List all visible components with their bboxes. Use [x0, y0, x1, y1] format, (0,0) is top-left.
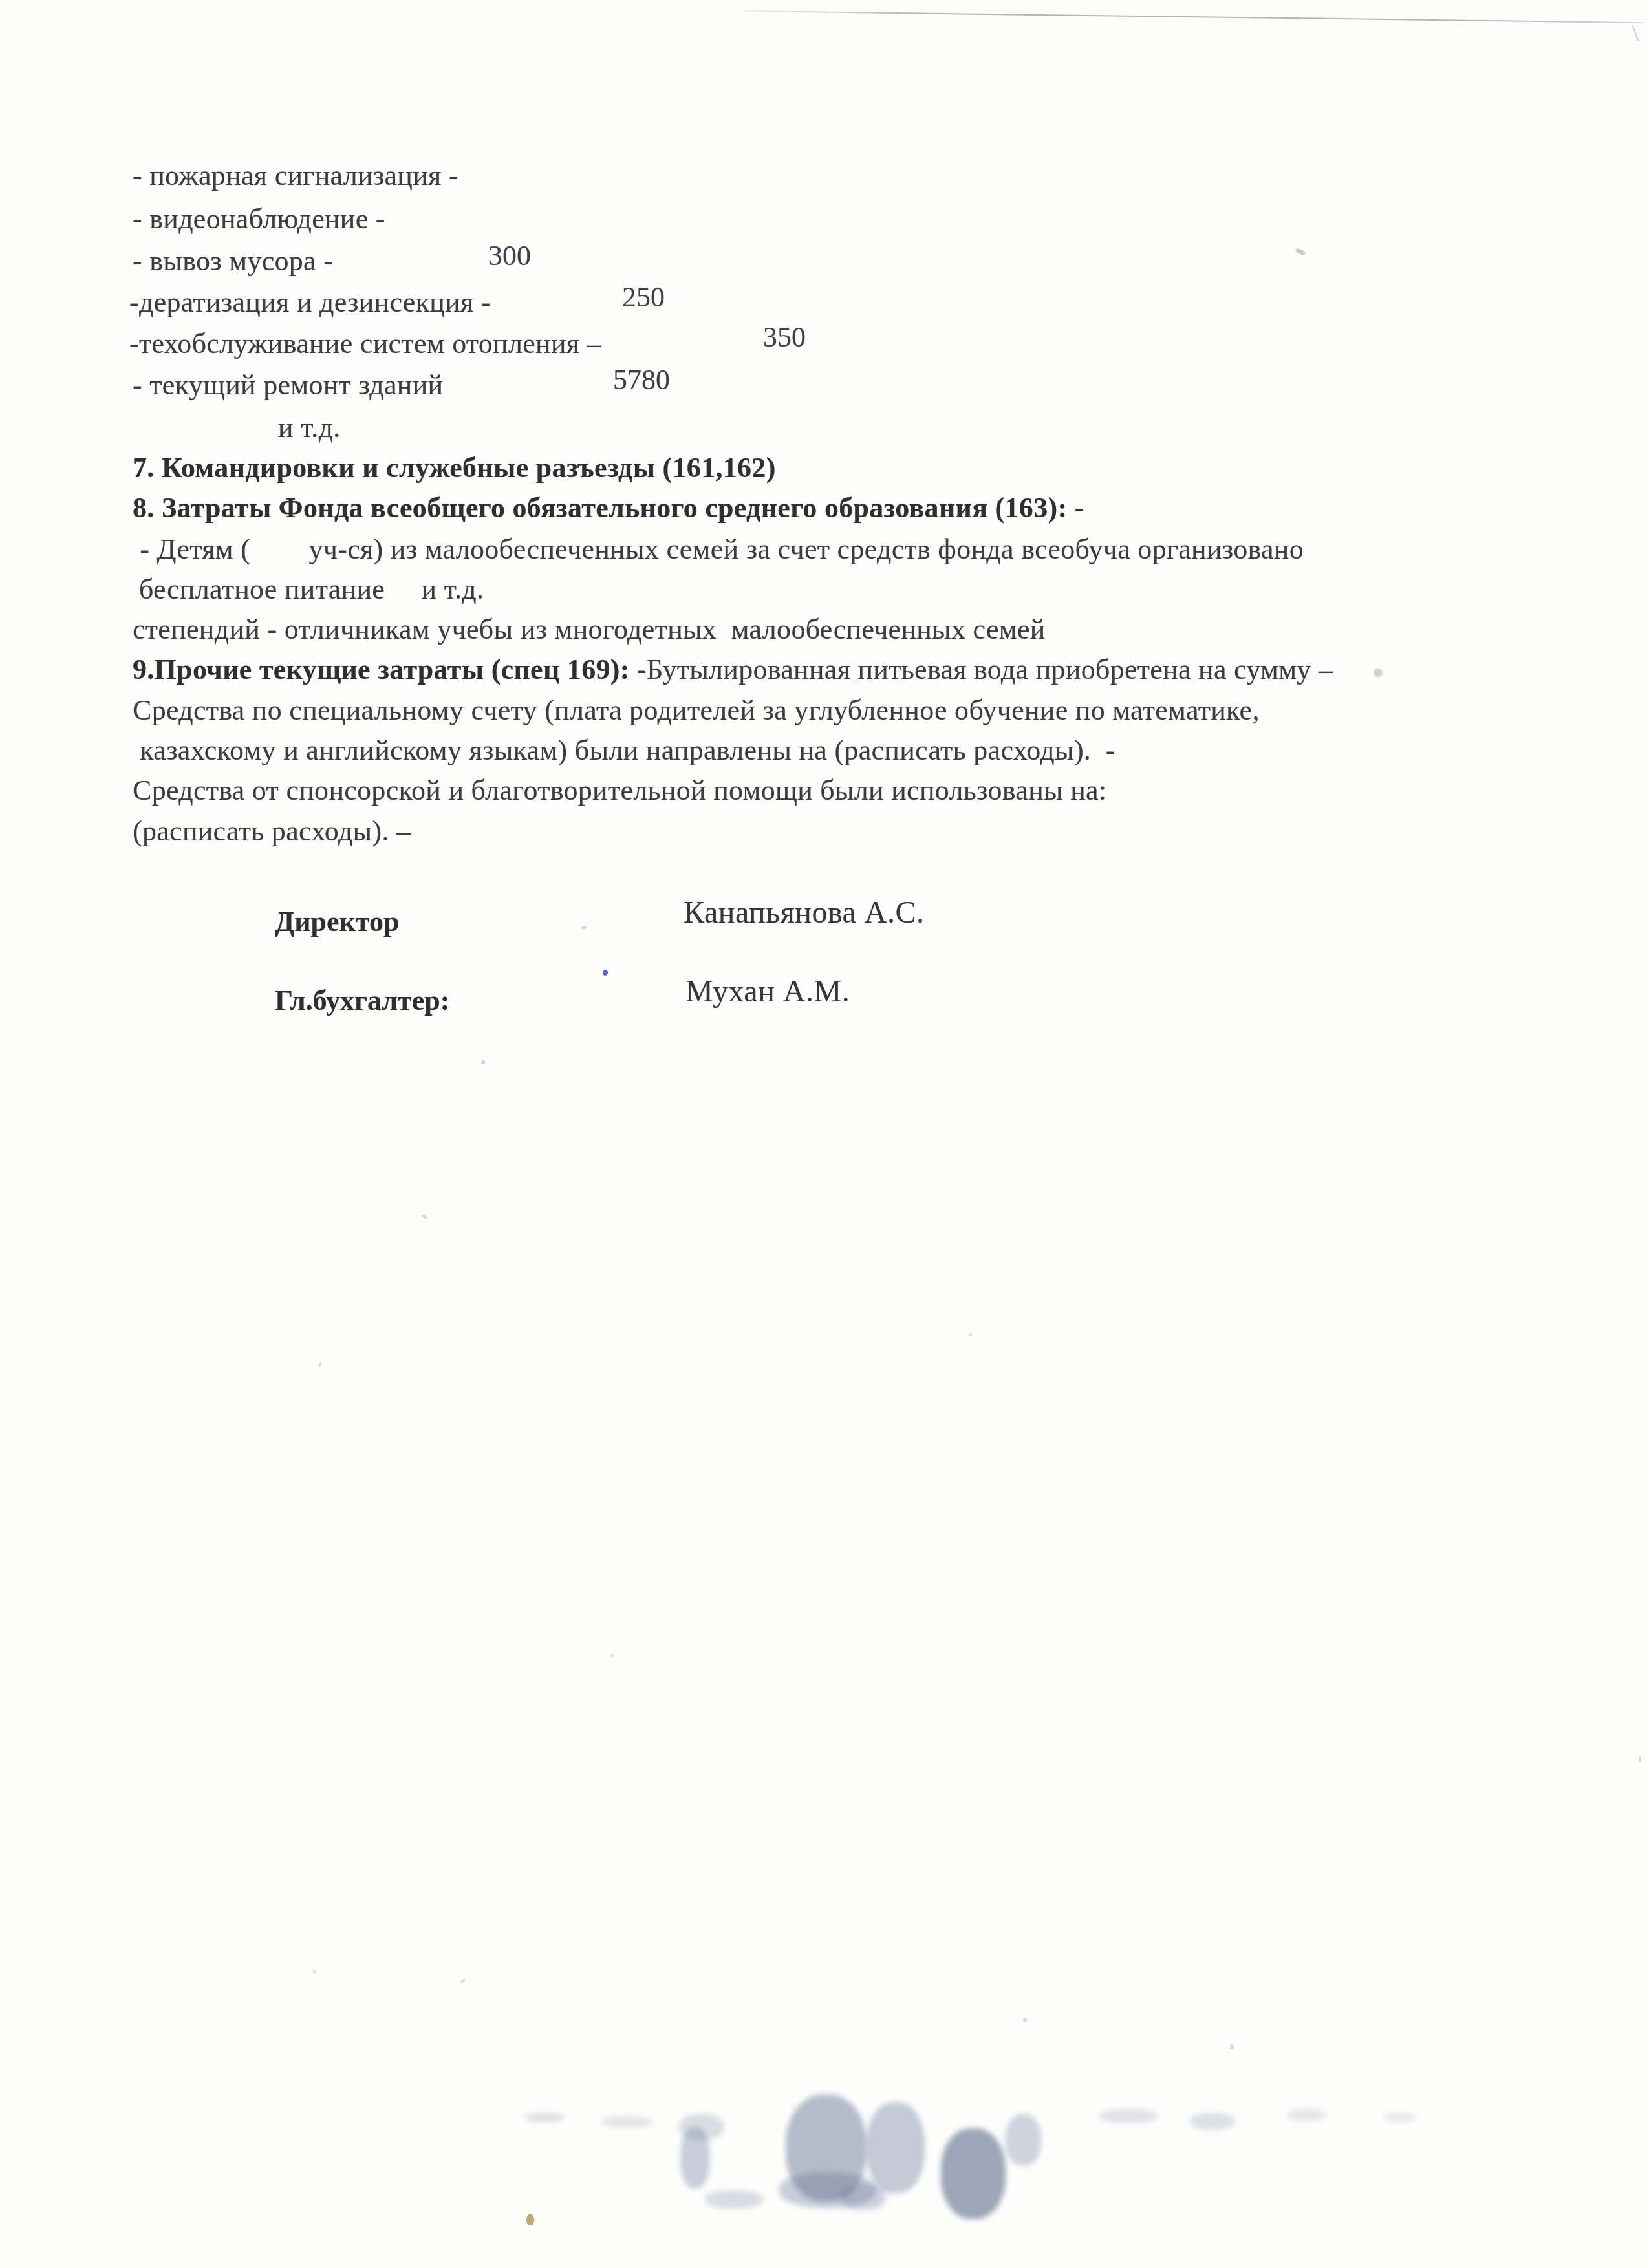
paragraph-line: - Детям ( уч-ся) из малообеспеченных сем…: [133, 534, 1304, 565]
expense-line: - вывоз мусора -: [133, 246, 333, 277]
ink-dot-blue: [603, 970, 608, 976]
ink-smudge: [1006, 2114, 1041, 2166]
ink-smudge: [1190, 2113, 1235, 2130]
ink-smudge: [779, 2172, 876, 2208]
ink-smudge: [786, 2095, 867, 2201]
expense-amount: 350: [763, 321, 806, 354]
ink-smudge: [679, 2114, 724, 2140]
paragraph-item-9: 9.Прочие текущие затраты (спец 169): -Бу…: [133, 654, 1333, 685]
scan-speck: [460, 1978, 466, 1983]
scan-speck: [422, 1214, 428, 1219]
paragraph-line: бесплатное питание и т.д.: [139, 574, 484, 605]
ink-smudge: [867, 2102, 925, 2193]
expense-line: - пожарная сигнализация -: [133, 160, 458, 191]
ink-smudge: [941, 2128, 1006, 2219]
paragraph-line: степендий - отличникам учебы из многодет…: [133, 614, 1046, 645]
paragraph-line: Средства от спонсорской и благотворитель…: [133, 775, 1106, 806]
paragraph-line: Средства по специальному счету (плата ро…: [133, 695, 1260, 726]
expense-amount: 250: [622, 281, 665, 314]
expense-line-etc: и т.д.: [278, 412, 341, 444]
scan-speck: [611, 1654, 614, 1658]
scan-speck: [1374, 669, 1383, 677]
scan-speck: [318, 1362, 323, 1368]
expense-line: -дератизация и дезинсекция -: [129, 287, 491, 318]
signature-role-director: Директор: [275, 905, 399, 938]
scan-speck: [1295, 248, 1306, 256]
ink-smudge: [601, 2117, 653, 2127]
scan-speck: [969, 1333, 972, 1336]
paragraph-item-8: 8. Затраты Фонда всеобщего обязательного…: [133, 493, 1084, 524]
ink-smudge: [680, 2127, 710, 2188]
ink-dot-tan: [526, 2214, 534, 2225]
signature-name-director: Канапьянова А.С.: [684, 895, 924, 930]
scanner-artifact-line: [744, 10, 1644, 23]
ink-smudge: [841, 2184, 886, 2210]
expense-line: -техобслуживание систем отопления –: [129, 328, 601, 359]
scan-speck: [313, 1969, 316, 1974]
scan-speck: [581, 925, 588, 930]
expense-line: - видеонаблюдение -: [133, 204, 385, 235]
paragraph-line: (расписать расходы). –: [133, 816, 411, 847]
paragraph-item-9-body: -Бутылированная питьевая вода приобретен…: [630, 654, 1333, 685]
expense-line: - текущий ремонт зданий: [133, 370, 443, 401]
signature-role-accountant: Гл.бухгалтер:: [275, 984, 449, 1017]
ink-smudge: [705, 2190, 763, 2209]
ink-smudge: [1287, 2109, 1326, 2121]
expense-amount: 5780: [613, 363, 670, 396]
ink-smudge-dot: [1230, 2044, 1234, 2049]
signature-name-accountant: Мухан А.М.: [685, 974, 850, 1009]
scanned-document-page: - пожарная сигнализация - - видеонаблюде…: [0, 0, 1649, 2268]
ink-smudge: [525, 2113, 564, 2122]
scanner-artifact-hook: [1632, 25, 1639, 41]
paragraph-item-9-heading: 9.Прочие текущие затраты (спец 169):: [133, 654, 630, 685]
ink-smudge: [1099, 2109, 1158, 2123]
ink-smudge-dot: [1023, 2018, 1027, 2022]
ink-smudge: [1384, 2113, 1416, 2122]
expense-amount: 300: [488, 239, 531, 272]
scan-speck: [481, 1060, 485, 1064]
scan-speck: [1639, 1756, 1641, 1762]
paragraph-item-7: 7. Командировки и служебные разъезды (16…: [133, 453, 776, 484]
paragraph-line: казахскому и английскому языкам) были на…: [133, 735, 1115, 766]
